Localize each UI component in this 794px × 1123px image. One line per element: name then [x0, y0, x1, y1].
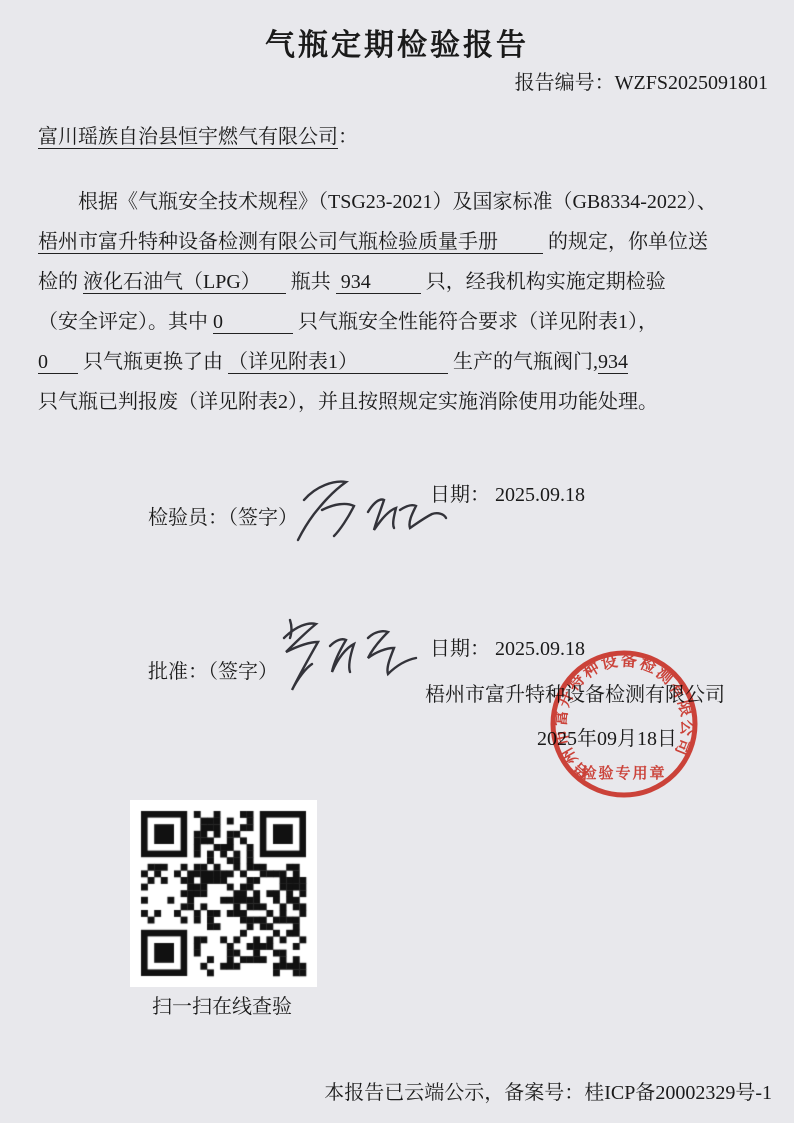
- body-line: 根据《气瓶安全技术规程》（TSG23-2021）及国家标准（GB8334-202…: [38, 182, 768, 222]
- qr-code: [130, 800, 317, 987]
- svg-text:梧州市富升特种设备检测有限公司: 梧州市富升特种设备检测有限公司: [551, 651, 697, 784]
- page-title: 气瓶定期检验报告: [0, 20, 794, 64]
- qr-caption: 扫一扫在线查验: [152, 990, 292, 1019]
- addressee-colon: ：: [338, 126, 358, 148]
- inspector-date: 日期： 2025.09.18: [430, 478, 585, 507]
- body-line: （安全评定）。其中 0 只气瓶安全性能符合要求（详见附表1），: [38, 302, 768, 342]
- report-page: 气瓶定期检验报告 报告编号：WZFS2025091801 富川瑶族自治县恒宇燃气…: [0, 0, 794, 1123]
- inspector-label: 检验员：（签字）: [148, 507, 298, 529]
- addressee-company: 富川瑶族自治县恒宇燃气有限公司: [38, 126, 338, 149]
- seal-bottom-text: 检验专用章: [581, 764, 666, 782]
- approver-label: 批准：（签字）: [148, 661, 278, 683]
- approver-signature: [268, 612, 448, 697]
- body-line: 0 只气瓶更换了由 （详见附表1） 生产的气瓶阀门,934: [38, 342, 768, 382]
- seal-ring-text: 梧州市富升特种设备检测有限公司: [551, 651, 697, 784]
- body-line: 只气瓶已判报废（详见附表2），并且按照规定实施消除使用功能处理。: [38, 382, 768, 422]
- inspector-signature: [288, 470, 453, 548]
- body-line: 梧州市富升特种设备检测有限公司气瓶检验质量手册 的规定，你单位送: [38, 222, 768, 262]
- inspection-seal: 梧州市富升特种设备检测有限公司 检验专用章: [544, 644, 704, 804]
- inspector-row: 检验员：（签字） 日期： 2025.09.18: [128, 478, 298, 576]
- approver-row: 批准：（签字） 日期： 2025.09.18: [128, 632, 278, 730]
- body-paragraph: 根据《气瓶安全技术规程》（TSG23-2021）及国家标准（GB8334-202…: [38, 182, 768, 422]
- body-line: 检的 液化石油气（LPG） 瓶共 934 只，经我机构实施定期检验: [38, 262, 768, 302]
- addressee-line: 富川瑶族自治县恒宇燃气有限公司：: [38, 120, 358, 149]
- footer-record-line: 本报告已云端公示，备案号：桂ICP备20002329号-1: [324, 1076, 772, 1105]
- report-number: 报告编号：WZFS2025091801: [515, 66, 768, 95]
